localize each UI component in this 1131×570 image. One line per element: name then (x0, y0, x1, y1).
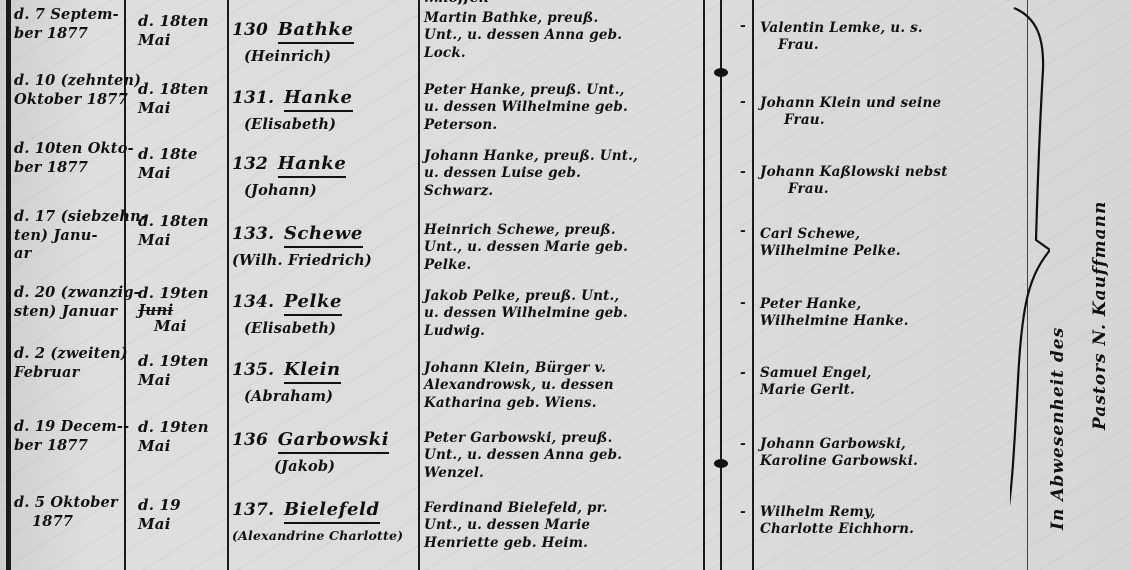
child-surname: Bielefeld (284, 498, 380, 524)
baptism-date-struck: Juni (138, 303, 230, 318)
sponsors-line: Samuel Engel, (760, 365, 1020, 382)
birth-date: d. 19 Decem-- ber 1877 (14, 418, 118, 455)
parents-line: Schwarz. (424, 183, 704, 200)
child-surname: Pelke (284, 290, 342, 316)
entry-number: 137. (232, 500, 274, 520)
birth-date-line: sten) Januar (14, 303, 118, 322)
baptism-date: d. 18te Mai (132, 145, 230, 183)
child-surname: Schewe (284, 222, 363, 248)
birth-date: d. 17 (siebzehn- ten) Janu- ar (14, 208, 118, 264)
entry-number: 134. (232, 292, 274, 312)
sponsors-line: Frau. (760, 181, 1020, 198)
parents-line: Ludwig. (424, 323, 704, 340)
parents-line: Johann Hanke, preuß. Unt., (424, 148, 704, 165)
sponsors-line: Johann Kaßlowski nebst (760, 164, 1020, 181)
baptism-date-line: d. 18ten (138, 12, 230, 31)
parents-line: Martin Bathke, preuß. (424, 10, 704, 27)
register-page: ...hoffen d. 7 Septem- ber 1877 d. 18ten… (0, 0, 1131, 570)
birth-date-line: d. 19 Decem-- (14, 418, 118, 437)
baptism-date: d. 19ten Mai (132, 418, 230, 456)
margin-annotation: In Abwesenheit des Pastors N. Kauffmann (1030, 10, 1130, 555)
sponsors-line: Johann Garbowski, (760, 436, 1020, 453)
baptism-date: d. 19ten Juni Mai (132, 284, 230, 335)
sponsors-line: Wilhelmine Hanke. (760, 313, 1020, 330)
baptism-date-line: Mai (138, 231, 230, 250)
parents: Johann Klein, Bürger v. Alexandrowsk, u.… (424, 360, 704, 412)
sponsors-line: Valentin Lemke, u. s. (760, 20, 1020, 37)
birth-date-line: Oktober 1877 (14, 91, 118, 110)
parents-line: u. dessen Wilhelmine geb. (424, 305, 704, 322)
baptism-date: d. 18ten Mai (132, 212, 230, 250)
parents-line: Heinrich Schewe, preuß. (424, 222, 704, 239)
parents-line: Unt., u. dessen Marie geb. (424, 239, 704, 256)
entry-number: 130 (232, 20, 268, 40)
baptism-date: d. 18ten Mai (132, 12, 230, 50)
binding-thread-knot (714, 68, 728, 77)
child-given-name: (Wilh. Friedrich) (232, 252, 412, 271)
header-fragment: ...hoffen (424, 0, 489, 6)
sponsors-line: Peter Hanke, (760, 296, 1020, 313)
parents-line: Peter Hanke, preuß. Unt., (424, 82, 704, 99)
sponsors: Johann Garbowski, Karoline Garbowski. (760, 436, 1020, 471)
child-given-name: (Elisabeth) (232, 320, 412, 339)
entry-number: 131. (232, 88, 274, 108)
dash-mark: - (740, 223, 750, 241)
parents-line: Alexandrowsk, u. dessen (424, 377, 704, 394)
birth-date: d. 10ten Okto- ber 1877 (14, 140, 118, 177)
parents: Ferdinand Bielefeld, pr. Unt., u. dessen… (424, 500, 704, 552)
dash-mark: - (740, 164, 750, 182)
left-margin-rule (6, 0, 11, 570)
birth-date: d. 10 (zehnten) Oktober 1877 (14, 72, 118, 109)
sponsors: Carl Schewe, Wilhelmine Pelke. (760, 226, 1020, 261)
child-entry: 133. Schewe (Wilh. Friedrich) (232, 222, 412, 271)
baptism-date-line: Mai (138, 437, 230, 456)
birth-date-line: d. 10ten Okto- (14, 140, 118, 159)
baptism-date: d. 19ten Mai (132, 352, 230, 390)
parents: Peter Garbowski, preuß. Unt., u. dessen … (424, 430, 704, 482)
birth-date-line: d. 17 (siebzehn- (14, 208, 118, 227)
margin-annotation-line-2: Pastors N. Kauffmann (1090, 90, 1110, 430)
baptism-date-line: d. 19 (138, 496, 230, 515)
column-rule-name-parents (418, 0, 420, 570)
sponsors-line: Wilhelmine Pelke. (760, 243, 1020, 260)
dash-mark: - (740, 365, 750, 383)
parents-line: u. dessen Luise geb. (424, 165, 704, 182)
sponsors: Samuel Engel, Marie Gerlt. (760, 365, 1020, 400)
baptism-date-line: d. 19ten (138, 352, 230, 371)
sponsors-line: Frau. (760, 112, 1020, 129)
parents-line: Katharina geb. Wiens. (424, 395, 704, 412)
parents: Jakob Pelke, preuß. Unt., u. dessen Wilh… (424, 288, 704, 340)
birth-date: d. 20 (zwanzig- sten) Januar (14, 284, 118, 321)
birth-date: d. 2 (zweiten) Februar (14, 345, 118, 382)
sponsors-line: Karoline Garbowski. (760, 453, 1020, 470)
birth-date-line: d. 10 (zehnten) (14, 72, 118, 91)
dash-mark: - (740, 504, 750, 522)
entry-number: 133. (232, 224, 274, 244)
child-entry: 131. Hanke (Elisabeth) (232, 86, 412, 135)
parents-line: Johann Klein, Bürger v. (424, 360, 704, 377)
sponsors: Peter Hanke, Wilhelmine Hanke. (760, 296, 1020, 331)
birth-date-line: d. 20 (zwanzig- (14, 284, 118, 303)
parents: Heinrich Schewe, preuß. Unt., u. dessen … (424, 222, 704, 274)
sponsors: Valentin Lemke, u. s. Frau. (760, 20, 1020, 55)
birth-date-line: ar (14, 245, 118, 264)
baptism-date-line: d. 19ten (138, 418, 230, 437)
child-surname: Bathke (278, 18, 354, 44)
entry-number: 135. (232, 360, 274, 380)
birth-date-line: d. 7 Septem- (14, 6, 118, 25)
entry-number: 136 (232, 430, 268, 450)
birth-date: d. 7 Septem- ber 1877 (14, 6, 118, 43)
baptism-date-line: Mai (138, 164, 230, 183)
sponsors-line: Marie Gerlt. (760, 382, 1020, 399)
child-given-name: (Jakob) (232, 458, 412, 477)
baptism-date-line: d. 18ten (138, 80, 230, 99)
parents: Johann Hanke, preuß. Unt., u. dessen Lui… (424, 148, 704, 200)
parents-line: Ferdinand Bielefeld, pr. (424, 500, 704, 517)
baptism-date-line: Mai (138, 371, 230, 390)
dash-mark: - (740, 18, 750, 36)
parents: Peter Hanke, preuß. Unt., u. dessen Wilh… (424, 82, 704, 134)
parents-line: Pelke. (424, 257, 704, 274)
baptism-date-line: Mai (138, 515, 230, 534)
birth-date-line: d. 5 Oktober (14, 494, 118, 513)
birth-date-line: d. 2 (zweiten) (14, 345, 118, 364)
sponsors: Wilhelm Remy, Charlotte Eichhorn. (760, 504, 1020, 539)
child-given-name: (Heinrich) (232, 48, 412, 67)
parents-line: Peterson. (424, 117, 704, 134)
birth-date-line: Februar (14, 364, 118, 383)
child-given-name: (Abraham) (232, 388, 412, 407)
parents-line: Jakob Pelke, preuß. Unt., (424, 288, 704, 305)
birth-date-line: ber 1877 (14, 159, 118, 178)
parents-line: u. dessen Wilhelmine geb. (424, 99, 704, 116)
parents-line: Henriette geb. Heim. (424, 535, 704, 552)
sponsors-line: Charlotte Eichhorn. (760, 521, 1020, 538)
sponsors-line: Carl Schewe, (760, 226, 1020, 243)
birth-date-line: ten) Janu- (14, 227, 118, 246)
binding-thread-knot (714, 459, 728, 468)
child-entry: 132 Hanke (Johann) (232, 152, 412, 201)
baptism-date-line: d. 18ten (138, 212, 230, 231)
parents-line: Wenzel. (424, 465, 704, 482)
child-surname: Hanke (278, 152, 347, 178)
birth-date-line: 1877 (14, 513, 118, 532)
parents-line: Peter Garbowski, preuß. (424, 430, 704, 447)
birth-date: d. 5 Oktober 1877 (14, 494, 118, 531)
column-rule-binding-left (720, 0, 722, 570)
sponsors-line: Johann Klein und seine (760, 95, 1020, 112)
parents-line: Unt., u. dessen Anna geb. (424, 447, 704, 464)
baptism-date: d. 19 Mai (132, 496, 230, 534)
baptism-date-line: Mai (138, 31, 230, 50)
child-given-name: (Elisabeth) (232, 116, 412, 135)
column-rule-dash-sponsors (752, 0, 754, 570)
parents-line: Unt., u. dessen Marie (424, 517, 704, 534)
parents-line: Unt., u. dessen Anna geb. (424, 27, 704, 44)
baptism-date-line: d. 18te (138, 145, 230, 164)
birth-date-line: ber 1877 (14, 25, 118, 44)
dash-mark: - (740, 94, 750, 112)
baptism-date: d. 18ten Mai (132, 80, 230, 118)
child-surname: Hanke (284, 86, 353, 112)
parents: Martin Bathke, preuß. Unt., u. dessen An… (424, 10, 704, 62)
sponsors: Johann Klein und seine Frau. (760, 95, 1020, 130)
entry-number: 132 (232, 154, 268, 174)
child-entry: 136 Garbowski (Jakob) (232, 428, 412, 477)
sponsors-line: Frau. (760, 37, 1020, 54)
child-entry: 130 Bathke (Heinrich) (232, 18, 412, 67)
child-entry: 134. Pelke (Elisabeth) (232, 290, 412, 339)
dash-mark: - (740, 295, 750, 313)
dash-mark: - (740, 436, 750, 454)
child-surname: Garbowski (278, 428, 389, 454)
birth-date-line: ber 1877 (14, 437, 118, 456)
baptism-date-line: Mai (138, 99, 230, 118)
child-given-name: (Alexandrine Charlotte) (232, 528, 412, 544)
sponsors: Johann Kaßlowski nebst Frau. (760, 164, 1020, 199)
margin-annotation-line-1: In Abwesenheit des (1048, 50, 1068, 530)
parents-line: Lock. (424, 45, 704, 62)
child-entry: 135. Klein (Abraham) (232, 358, 412, 407)
baptism-date-line: Mai (138, 318, 230, 335)
sponsors-line: Wilhelm Remy, (760, 504, 1020, 521)
child-given-name: (Johann) (232, 182, 412, 201)
child-surname: Klein (284, 358, 341, 384)
child-entry: 137. Bielefeld (Alexandrine Charlotte) (232, 498, 412, 544)
